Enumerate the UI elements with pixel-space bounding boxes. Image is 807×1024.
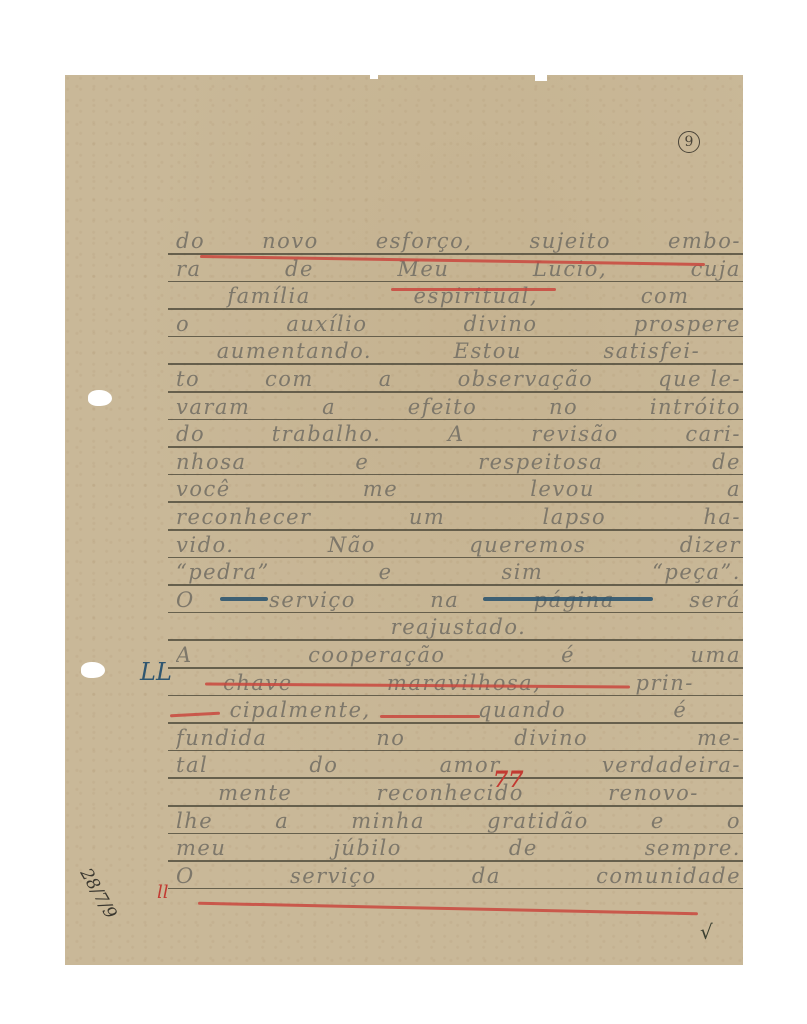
handwritten-line: aumentando.Estousatisfei-	[176, 337, 741, 363]
handwritten-word: vido.	[176, 533, 234, 557]
handwritten-line: mentereconhecidorenovo-	[176, 779, 741, 805]
handwritten-word: da	[472, 864, 501, 888]
handwritten-word: mente	[218, 781, 292, 805]
handwritten-line: varamaefeitonointróito	[176, 393, 741, 419]
handwritten-line: nhosaerespeitosade	[176, 448, 741, 474]
handwritten-word: fundida	[176, 726, 267, 750]
handwritten-word: varam	[176, 395, 250, 419]
handwritten-word: lhe	[176, 809, 213, 833]
handwritten-word: a	[727, 477, 741, 501]
handwritten-word: reconhecer	[176, 505, 312, 529]
handwritten-word: quando	[478, 698, 566, 722]
handwritten-word: novo	[262, 229, 319, 253]
handwritten-word: queremos	[469, 533, 586, 557]
handwritten-word: maravilhosa,	[387, 671, 541, 695]
handwritten-word: sempre.	[645, 836, 741, 860]
handwritten-word: me-	[697, 726, 741, 750]
manuscript-page: 9 donovoesforço,sujeitoembo-radeMeuLucio…	[65, 75, 743, 965]
handwritten-word: auxílio	[286, 312, 367, 336]
handwritten-line: chavemaravilhosa,prin-	[176, 669, 741, 695]
handwritten-word: prin-	[636, 671, 694, 695]
handwritten-word: “peça”.	[652, 560, 741, 584]
handwritten-word: amor	[440, 753, 501, 777]
handwritten-line: lheaminhagratidãoeo	[176, 807, 741, 833]
handwritten-line: meujúbilodesempre.	[176, 834, 741, 860]
handwritten-line: “pedra”esim“peça”.	[176, 558, 741, 584]
handwritten-word: A	[448, 422, 465, 446]
handwritten-word: A	[176, 643, 193, 667]
handwritten-word: dizer	[680, 533, 741, 557]
check-mark-icon: √	[700, 920, 713, 944]
handwritten-word: cooperação	[308, 643, 445, 667]
handwritten-line: reconhecerumlapsoha-	[176, 503, 741, 529]
handwritten-word: é	[673, 698, 687, 722]
handwritten-word: a	[322, 395, 336, 419]
handwritten-word: ha-	[703, 505, 741, 529]
handwritten-word: do	[309, 753, 338, 777]
handwritten-word: renovo-	[608, 781, 699, 805]
handwritten-word: Não	[328, 533, 376, 557]
handwritten-word: Estou	[454, 339, 522, 363]
handwritten-word: júbilo	[333, 836, 402, 860]
handwritten-word: comunidade	[596, 864, 741, 888]
handwritten-word: observação	[458, 367, 594, 391]
handwritten-word: intróito	[650, 395, 741, 419]
red-underline	[380, 715, 480, 718]
handwritten-word: reajustado.	[391, 615, 527, 639]
handwritten-line: reajustado.	[176, 613, 741, 639]
handwritten-word: com	[265, 367, 314, 391]
handwritten-line: taldoamorverdadeira-	[176, 751, 741, 777]
handwritten-word: meu	[176, 836, 226, 860]
handwritten-word: na	[430, 588, 459, 612]
handwritten-word: nhosa	[176, 450, 247, 474]
handwritten-word: cari-	[685, 422, 741, 446]
handwritten-word: família	[227, 284, 310, 308]
handwritten-word: prospere	[634, 312, 741, 336]
handwritten-line: donovoesforço,sujeitoembo-	[176, 227, 741, 253]
handwritten-word: levou	[530, 477, 595, 501]
handwritten-word: “pedra”	[176, 560, 270, 584]
handwritten-line: vocêmelevoua	[176, 475, 741, 501]
red-paragraph-mark: ll	[157, 882, 169, 903]
handwritten-word: tal	[176, 753, 208, 777]
handwritten-line: vido.Nãoqueremosdizer	[176, 531, 741, 557]
punch-hole	[88, 390, 112, 406]
handwritten-word: serviço	[290, 864, 377, 888]
handwritten-word: que le-	[658, 367, 741, 391]
handwritten-word: embo-	[668, 229, 741, 253]
handwritten-word: divino	[464, 312, 538, 336]
handwritten-word: é	[561, 643, 575, 667]
handwritten-word: cuja	[691, 257, 741, 281]
handwritten-word: serviço	[269, 588, 356, 612]
handwritten-word: revisão	[531, 422, 619, 446]
handwritten-word: sim	[501, 560, 543, 584]
handwritten-word: do	[176, 229, 205, 253]
handwritten-word: a	[275, 809, 289, 833]
handwritten-word: verdadeira-	[602, 753, 741, 777]
handwritten-word: me	[363, 477, 398, 501]
handwritten-word: esforço,	[376, 229, 473, 253]
handwritten-line: dotrabalho.Arevisãocari-	[176, 420, 741, 446]
handwritten-word: O	[176, 864, 195, 888]
handwritten-word: e	[379, 560, 393, 584]
handwritten-line: tocomaobservaçãoque le-	[176, 365, 741, 391]
handwritten-word: cipalmente,	[230, 698, 371, 722]
handwritten-word: uma	[691, 643, 741, 667]
handwritten-word: ra	[176, 257, 202, 281]
handwritten-word: no	[376, 726, 405, 750]
red-insert-mark: 77	[493, 767, 524, 793]
handwritten-word: sujeito	[529, 229, 611, 253]
handwritten-word: aumentando.	[217, 339, 372, 363]
handwritten-word: será	[689, 588, 741, 612]
handwritten-word: o	[727, 809, 741, 833]
handwritten-word: O	[176, 588, 195, 612]
handwritten-word: satisfei-	[603, 339, 700, 363]
blue-paragraph-mark: LL	[140, 658, 172, 686]
handwritten-word: do	[176, 422, 205, 446]
blue-underline	[483, 597, 653, 601]
handwritten-word: o	[176, 312, 190, 336]
handwritten-word: e	[355, 450, 369, 474]
handwritten-word: lapso	[543, 505, 607, 529]
handwritten-line: Oserviçodacomunidade	[176, 862, 741, 888]
handwritten-word: divino	[514, 726, 588, 750]
handwritten-word: to	[176, 367, 200, 391]
red-underline	[391, 288, 556, 291]
date-annotation: 28/7/9	[76, 865, 121, 922]
ruled-line	[168, 888, 743, 890]
handwritten-word: com	[641, 284, 690, 308]
handwritten-word: um	[409, 505, 445, 529]
handwritten-word: de	[509, 836, 538, 860]
handwritten-line: cipalmente,quandoé	[176, 696, 741, 722]
ruled-lines: donovoesforço,sujeitoembo-radeMeuLucio,c…	[168, 75, 743, 965]
handwritten-line: famíliaespiritual,com	[176, 282, 741, 308]
handwritten-word: respeitosa	[478, 450, 603, 474]
handwritten-word: de	[285, 257, 314, 281]
handwritten-line: Acooperaçãoéuma	[176, 641, 741, 667]
handwritten-word: trabalho.	[272, 422, 382, 446]
handwritten-word: você	[176, 477, 231, 501]
handwritten-word: efeito	[408, 395, 477, 419]
punch-hole	[81, 662, 105, 678]
handwritten-word: no	[549, 395, 578, 419]
handwritten-line: oauxíliodivinoprospere	[176, 310, 741, 336]
handwritten-word: e	[651, 809, 665, 833]
handwritten-word: de	[712, 450, 741, 474]
handwritten-word: gratidão	[487, 809, 589, 833]
handwritten-line: fundidanodivinome-	[176, 724, 741, 750]
blue-underline	[220, 597, 268, 601]
handwritten-word: minha	[351, 809, 425, 833]
handwritten-word: a	[379, 367, 393, 391]
